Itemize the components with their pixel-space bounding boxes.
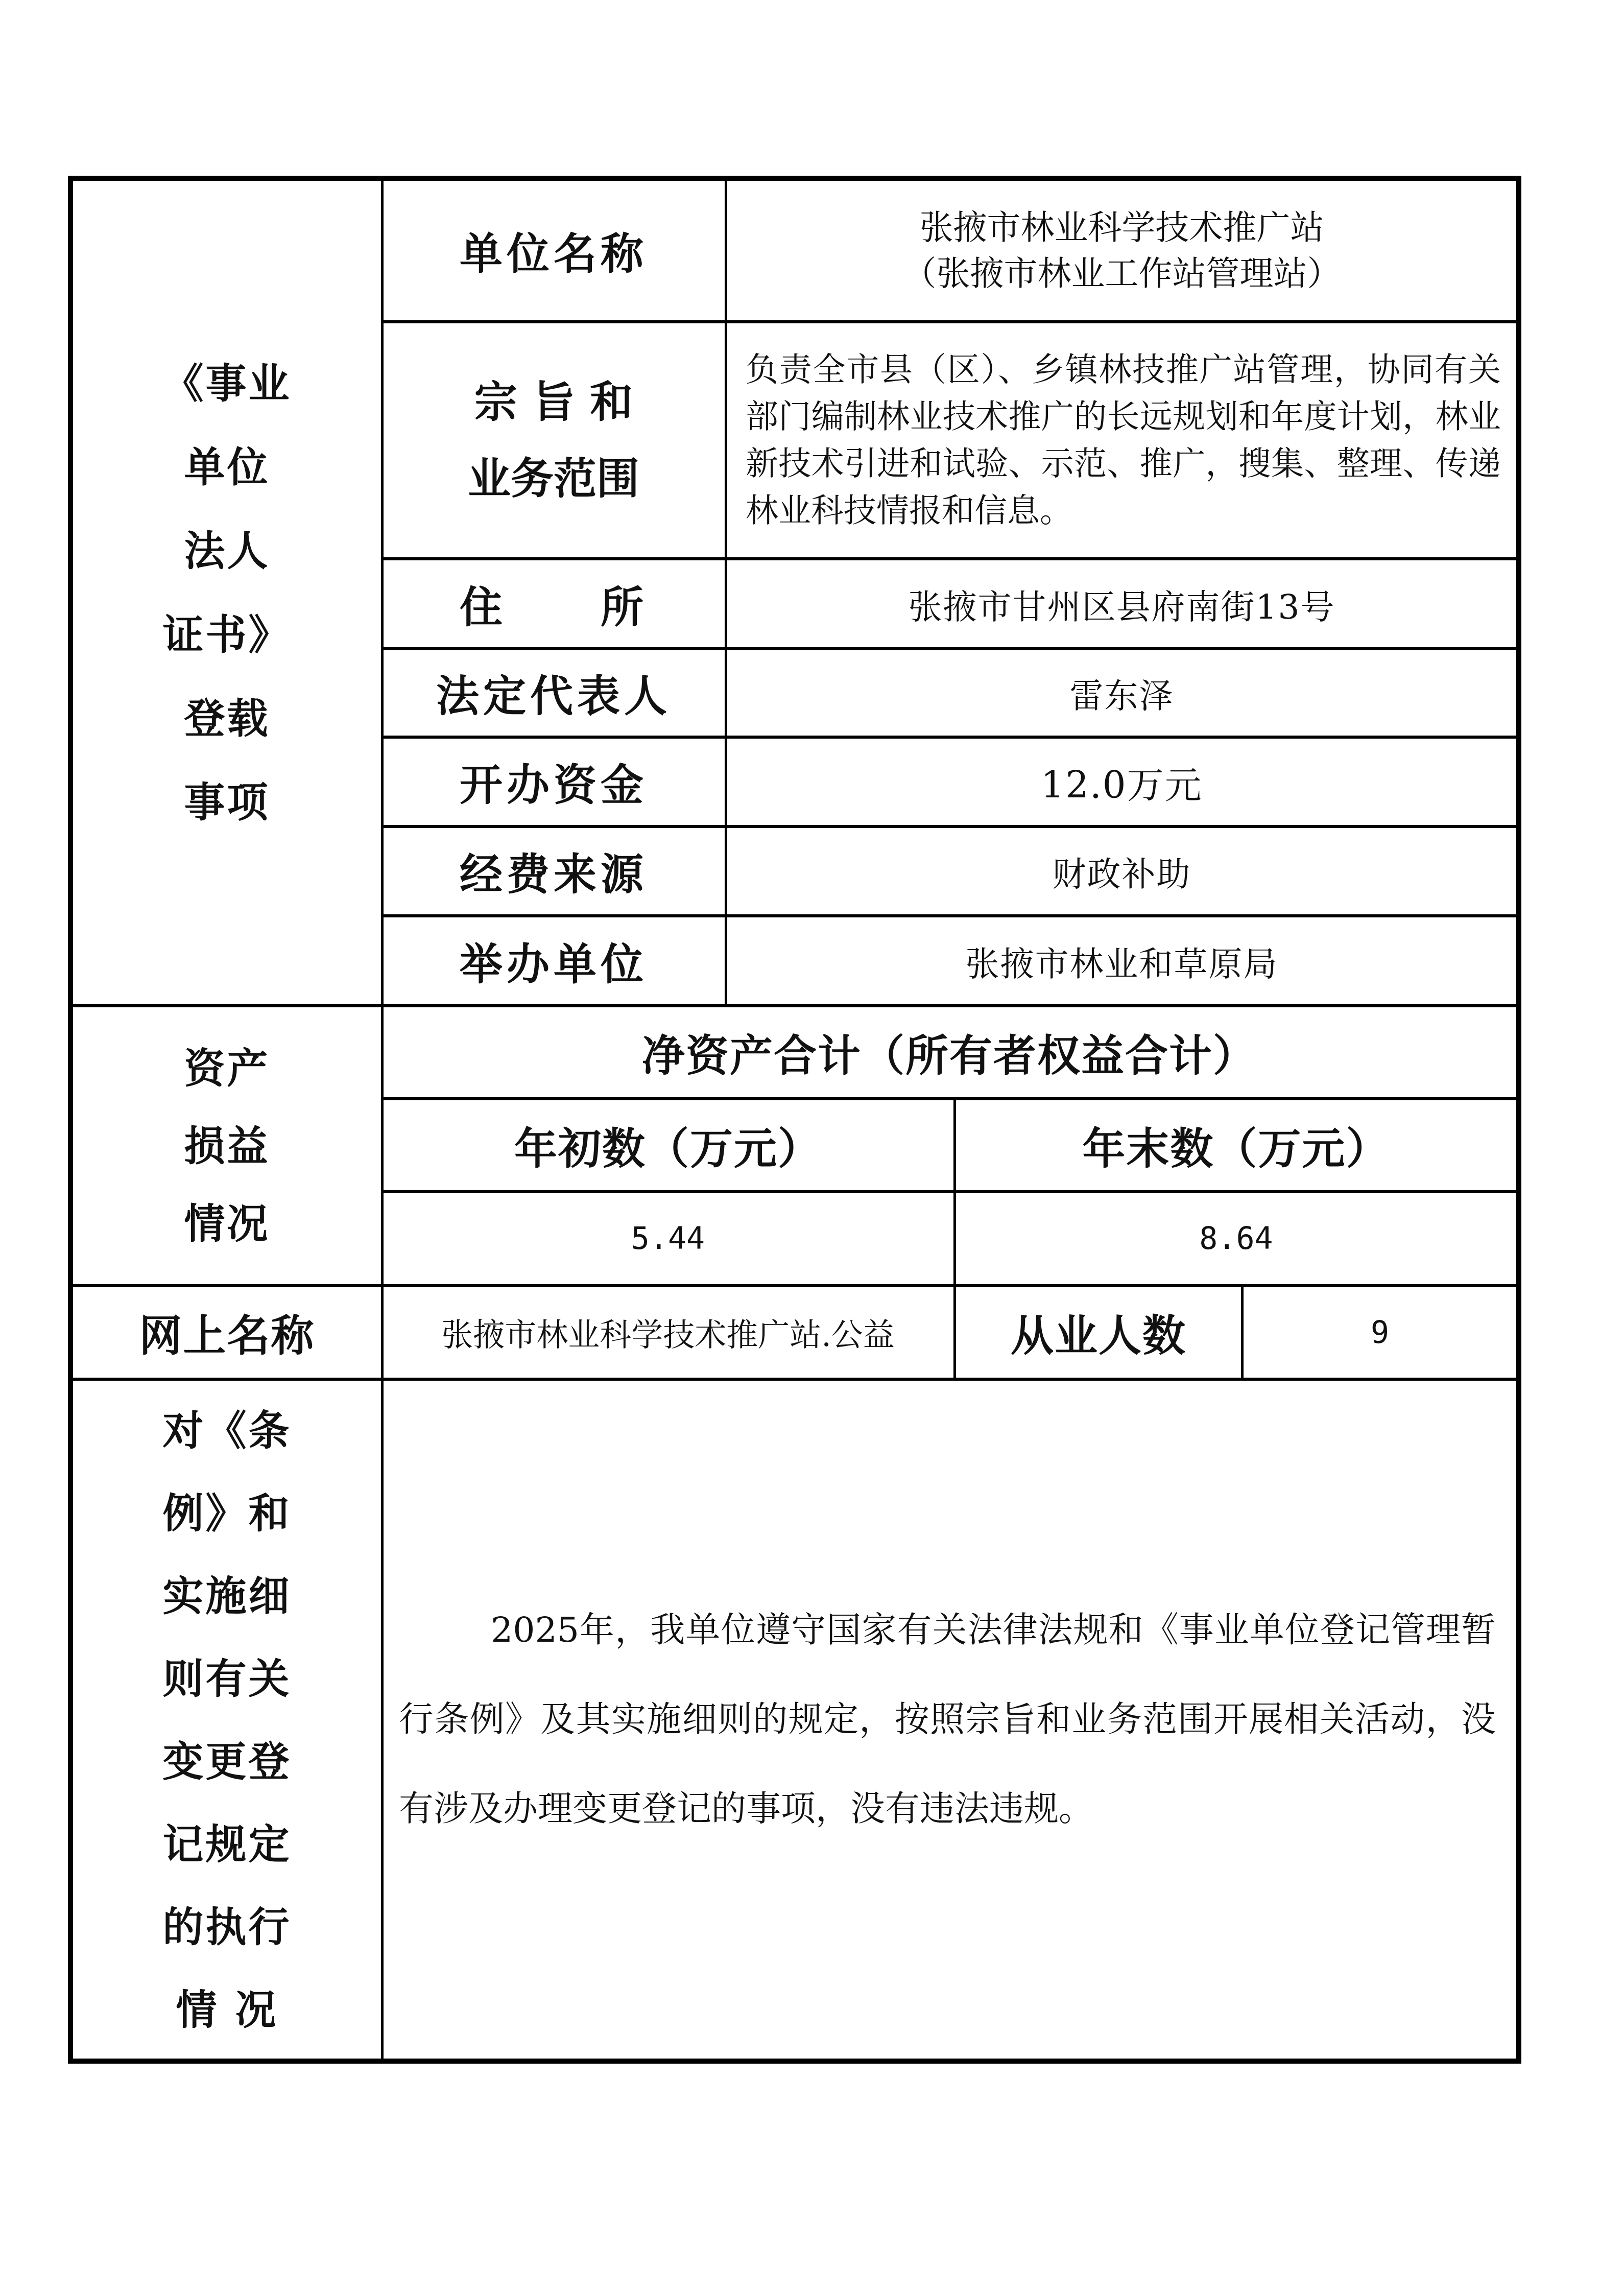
- address-label: 住 所: [383, 560, 725, 647]
- assets-section-title: 资产 损益 情况: [73, 1007, 381, 1284]
- title-line: 单位: [184, 446, 270, 487]
- title-line: 对《条: [163, 1410, 292, 1451]
- title-line: 情 况: [176, 1989, 278, 2030]
- capital-value: 12.0万元: [727, 739, 1516, 825]
- purpose-label-line: 宗 旨 和: [474, 364, 633, 440]
- funding-source-label: 经费来源: [383, 828, 725, 914]
- title-line: 则有关: [163, 1658, 292, 1699]
- sponsor-value: 张掖市林业和草原局: [727, 917, 1516, 1004]
- compliance-section-title: 对《条 例》和 实施细 则有关 变更登 记规定 的执行 情 况: [73, 1381, 381, 2059]
- divider: [73, 1378, 1516, 1381]
- divider: [73, 1004, 1516, 1007]
- net-assets-header: 净资产合计（所有者权益合计）: [383, 1007, 1516, 1097]
- compliance-text: 2025年，我单位遵守国家有关法律法规和《事业单位登记管理暂行条例》及其实施细则…: [383, 1586, 1516, 1854]
- title-line: 记规定: [163, 1824, 292, 1864]
- title-line: 证书》: [163, 614, 292, 655]
- title-line: 资产: [184, 1048, 270, 1089]
- end-year-value: 8.64: [956, 1193, 1516, 1284]
- unit-name-line: 张掖市林业科学技术推广站: [920, 205, 1324, 251]
- title-line: 情况: [184, 1203, 270, 1244]
- title-line: 法人: [184, 530, 270, 571]
- begin-year-value: 5.44: [383, 1193, 953, 1284]
- title-line: 登载: [184, 698, 270, 739]
- registration-section-title: 《事业 单位 法人 证书》 登载 事项: [73, 181, 381, 1004]
- title-line: 《事业: [163, 363, 292, 404]
- divider: [383, 320, 1516, 323]
- divider: [1241, 1287, 1244, 1378]
- divider: [383, 736, 1516, 739]
- divider: [383, 647, 1516, 650]
- unit-name-value: 张掖市林业科学技术推广站 （张掖市林业工作站管理站）: [727, 181, 1516, 320]
- online-name-label: 网上名称: [73, 1287, 381, 1378]
- sponsor-label: 举办单位: [383, 917, 725, 1004]
- staff-count-label: 从业人数: [956, 1287, 1241, 1378]
- purpose-value: 负责全市县（区）、乡镇林技推广站管理，协同有关部门编制林业技术推广的长远规划和年…: [727, 346, 1516, 534]
- unit-name-alt-line: （张掖市林业工作站管理站）: [903, 251, 1341, 297]
- compliance-text-cell: 2025年，我单位遵守国家有关法律法规和《事业单位登记管理暂行条例》及其实施细则…: [383, 1381, 1516, 2059]
- title-line: 例》和: [163, 1493, 292, 1533]
- capital-label: 开办资金: [383, 739, 725, 825]
- funding-source-value: 财政补助: [727, 828, 1516, 914]
- divider: [725, 181, 727, 1004]
- legal-rep-value: 雷东泽: [727, 650, 1516, 736]
- purpose-value-cell: 负责全市县（区）、乡镇林技推广站管理，协同有关部门编制林业技术推广的长远规划和年…: [727, 323, 1516, 557]
- title-line: 变更登: [163, 1741, 292, 1782]
- divider: [381, 181, 384, 2059]
- address-value: 张掖市甘州区县府南街13号: [727, 560, 1516, 647]
- begin-year-header: 年初数（万元）: [383, 1100, 953, 1190]
- unit-name-label: 单位名称: [383, 181, 725, 320]
- title-line: 实施细: [163, 1575, 292, 1616]
- end-year-header: 年末数（万元）: [956, 1100, 1516, 1190]
- staff-count-value: 9: [1244, 1287, 1516, 1378]
- annual-report-table: 《事业 单位 法人 证书》 登载 事项 单位名称 张掖市林业科学技术推广站 （张…: [68, 176, 1521, 2064]
- purpose-label-line: 业务范围: [468, 440, 639, 517]
- divider: [383, 557, 1516, 560]
- divider: [383, 914, 1516, 917]
- title-line: 事项: [184, 782, 270, 822]
- online-name-value: 张掖市林业科学技术推广站.公益: [383, 1287, 953, 1378]
- purpose-label: 宗 旨 和 业务范围: [383, 323, 725, 557]
- divider: [383, 1097, 1516, 1100]
- divider: [383, 825, 1516, 828]
- divider: [73, 1284, 1516, 1287]
- title-line: 的执行: [163, 1906, 292, 1947]
- divider: [953, 1100, 956, 1378]
- legal-rep-label: 法定代表人: [383, 650, 725, 736]
- compliance-text-body: 2025年，我单位遵守国家有关法律法规和《事业单位登记管理暂行条例》及其实施细则…: [399, 1610, 1496, 1829]
- divider: [383, 1190, 1516, 1193]
- title-line: 损益: [184, 1125, 270, 1166]
